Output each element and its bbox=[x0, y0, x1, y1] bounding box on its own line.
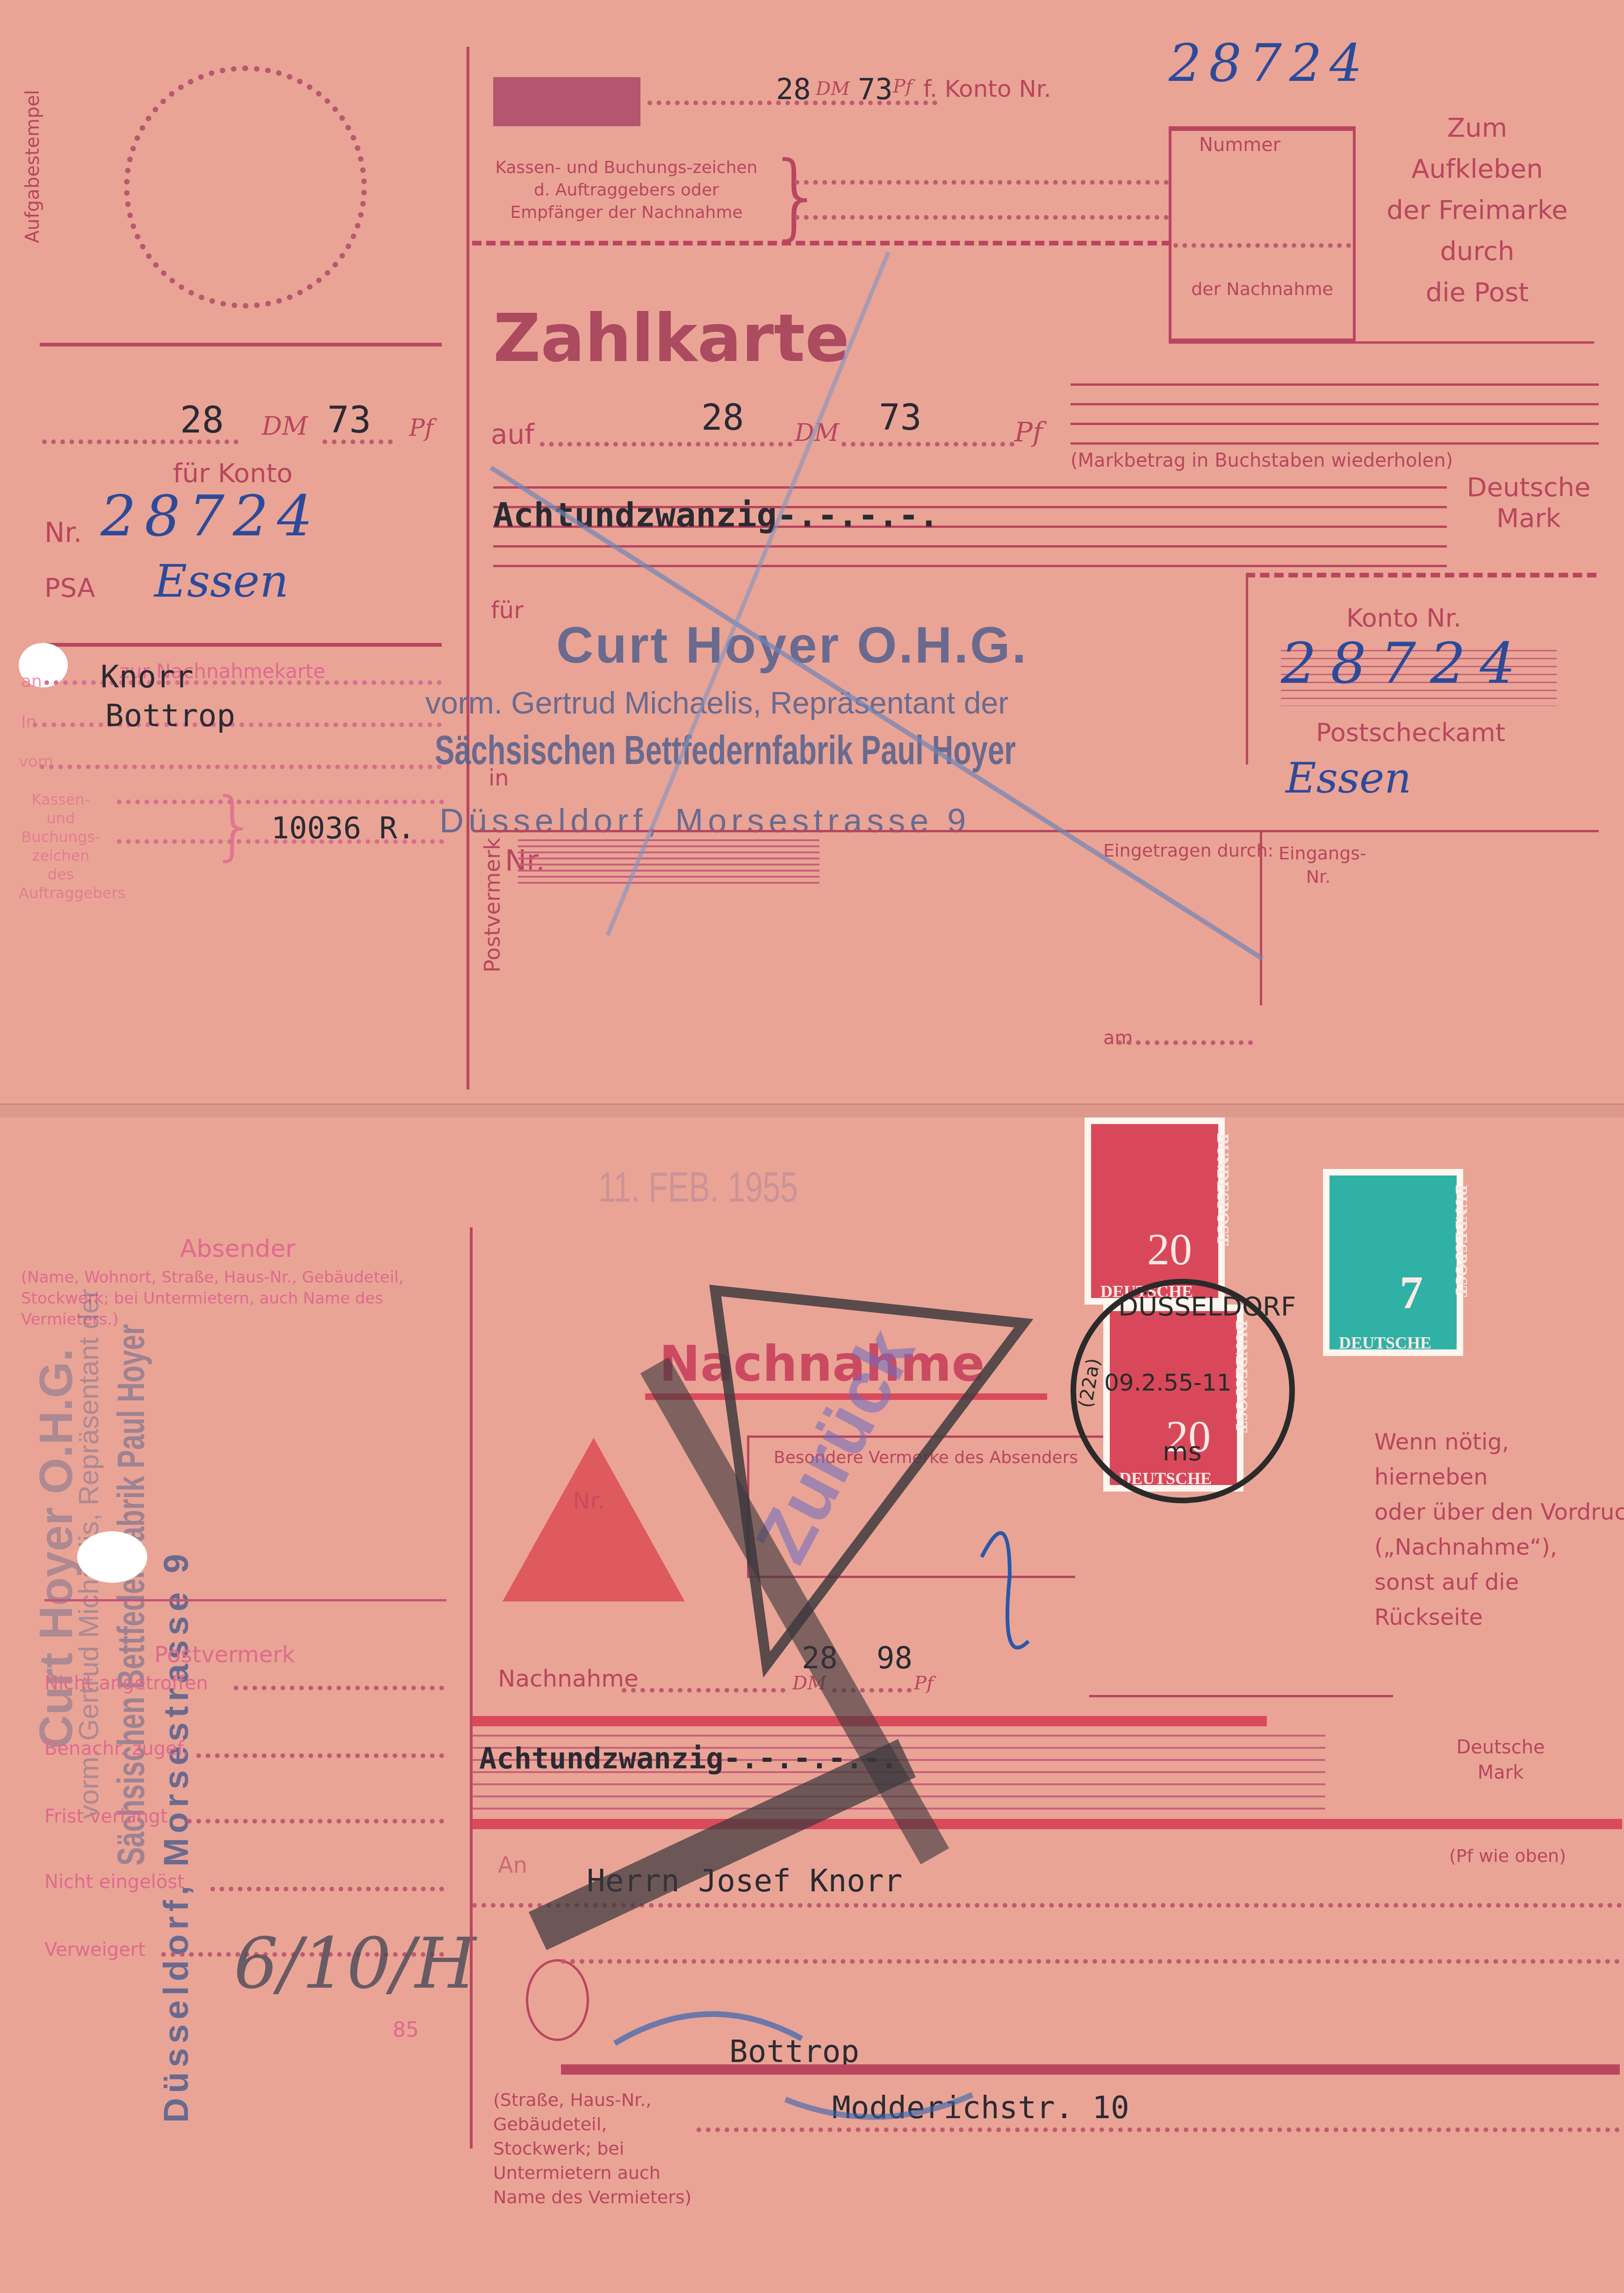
nachnahme-card: 11. FEB. 1955 Absender (Name, Wohnort, S… bbox=[0, 1118, 1624, 2293]
card-fold bbox=[0, 1103, 1624, 1119]
zahlkarte-card: Aufgabestempel 28 DM 73 Pf für Konto Nr.… bbox=[0, 0, 1624, 1103]
grease-pencil-marks bbox=[0, 1118, 1624, 2293]
pencil-cross-marks bbox=[0, 0, 1624, 1103]
